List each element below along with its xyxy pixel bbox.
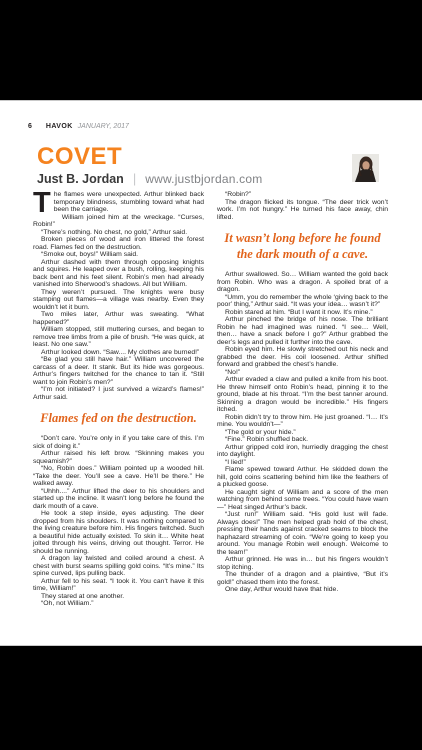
story-paragraph: “No!” [217,369,388,377]
author-website-link[interactable]: www.justbjordan.com [145,172,262,186]
story-paragraph: Arthur dashed with them through opposing… [33,259,204,289]
story-paragraph: Robin stared at him. “But I want it now.… [217,309,388,317]
story-paragraph: Arthur evaded a claw and pulled a knife … [217,376,388,414]
story-column-left: The flames were unexpected. Arthur blink… [33,191,204,608]
story-paragraph: They weren’t pursued. The knights were b… [33,289,204,312]
pull-quote: Flames fed on the destruction. [35,410,202,426]
story-body: The flames were unexpected. Arthur blink… [33,191,389,608]
story-paragraph: A dragon lay twisted and coiled around a… [33,555,204,578]
magazine-page: 6 HAVOK JANUARY, 2017 COVET Just B. Jord… [0,100,422,646]
story-paragraph: The thunder of a dragon and a plaintive,… [217,571,388,586]
story-paragraph: “The gold or your hide.” [217,429,388,437]
top-letterbox-bar [0,0,422,100]
story-title: COVET [37,145,262,169]
author-photo [352,154,379,182]
story-paragraph: Arthur fell to his seat. “I took it. You… [33,578,204,593]
bottom-letterbox-bar [0,646,422,750]
story-paragraph: Arthur looked down. “Saw.... My clothes … [33,349,204,357]
story-paragraph: Arthur swallowed. So… William wanted the… [217,271,388,294]
story-paragraph: Arthur grinned. He was in… but his finge… [217,556,388,571]
story-paragraph: One day, Arthur would have that hide. [217,586,388,594]
story-paragraph: They stared at one another. [33,593,204,601]
byline-divider: | [133,171,136,186]
story-title-block: COVET Just B. Jordan | www.justbjordan.c… [37,145,262,186]
byline: Just B. Jordan | www.justbjordan.com [37,171,262,186]
story-paragraph: He caught sight of William and a score o… [217,489,388,512]
author-name: Just B. Jordan [37,172,124,186]
story-paragraph: “I’m not initiated? I just survived a wi… [33,386,204,401]
story-paragraph: “Smoke out, boys!” William said. [33,251,204,259]
story-paragraph: He took a step inside, eyes adjusting. T… [33,510,204,555]
story-paragraph: Broken pieces of wood and iron littered … [33,236,204,251]
page-number: 6 [28,123,32,130]
magazine-name: HAVOK [46,123,73,130]
story-paragraph: “Oh, not William.” [33,600,204,608]
story-paragraph: “Just run!” William said. “His gold lust… [217,511,388,556]
story-paragraph: Flame spewed toward Arthur. He skidded d… [217,466,388,489]
story-paragraph: “Robin?” [217,191,388,199]
issue-date: JANUARY, 2017 [78,123,129,130]
story-paragraph: Arthur raised his left brow. “Skinning m… [33,450,204,465]
story-paragraph: “Fine.” Robin shuffled back. [217,436,388,444]
story-paragraph: William joined him at the wreckage. “Cur… [33,214,204,229]
drop-cap: T [33,192,51,214]
story-paragraph: Two miles later, Arthur was sweating. “W… [33,311,204,326]
story-paragraph: “No, Robin does.” William pointed up a w… [33,465,204,488]
pull-quote: It wasn’t long before he found the dark … [219,230,386,262]
story-paragraph: Robin eyed him. He slowly stretched out … [217,346,388,369]
story-paragraph: “Umm, you do remember the whole ‘giving … [217,294,388,309]
story-paragraph: Arthur pinched the bridge of his nose. T… [217,316,388,346]
story-paragraph: “Don’t care. You’re only in if you take … [33,435,204,450]
story-paragraph: The dragon flicked its tongue. “The deer… [217,199,388,222]
author-photo-image [352,154,379,182]
story-paragraph: Arthur gripped cold iron, hurriedly drag… [217,444,388,459]
reader-screen: { "header": { "page_number": "6", "magaz… [0,0,422,750]
story-paragraph: The flames were unexpected. Arthur blink… [33,191,204,214]
running-header: 6 HAVOK JANUARY, 2017 [28,123,129,130]
story-paragraph: “Be glad you still have hair.” William u… [33,356,204,386]
story-column-right: “Robin?”The dragon flicked its tongue. “… [217,191,388,608]
story-paragraph: William stopped, still muttering curses,… [33,326,204,349]
story-paragraph: “Uhhh....” Arthur lifted the deer to his… [33,488,204,511]
story-paragraph: “I lied!” [217,459,388,467]
story-paragraph: “There’s nothing. No chest, no gold,” Ar… [33,229,204,237]
story-paragraph: Robin didn’t try to throw him. He just g… [217,414,388,429]
